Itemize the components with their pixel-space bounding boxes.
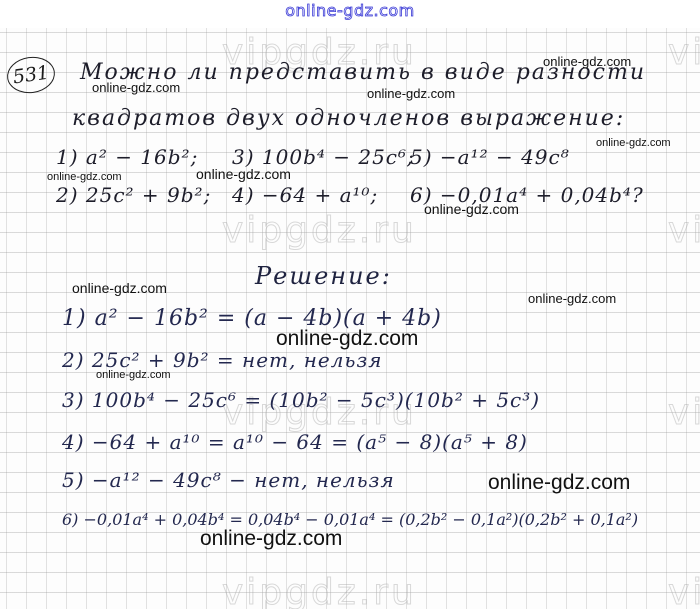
background-watermark: vipgdz.ru: [668, 392, 700, 433]
overlay-watermark: online-gdz.com: [528, 292, 616, 305]
question-line-2: квадратов двух одночленов выражение:: [72, 108, 625, 130]
background-watermark: vipgdz.ru: [668, 572, 700, 609]
overlay-watermark: online-gdz.com: [72, 281, 167, 295]
overlay-watermark: online-gdz.com: [92, 81, 180, 94]
background-watermark: vipgdz.ru: [222, 210, 417, 251]
background-watermark: vipgdz.ru: [668, 210, 700, 251]
overlay-watermark: online-gdz.com: [488, 472, 630, 493]
overlay-watermark: online-gdz.com: [367, 87, 455, 100]
overlay-watermark: online-gdz.com: [200, 528, 342, 549]
task-item-3: 3) 100b⁴ − 25c⁶;: [232, 147, 415, 167]
overlay-watermark: online-gdz.com: [47, 172, 122, 183]
task-item-2: 2) 25c² + 9b²;: [56, 185, 211, 205]
solution-line-2: 2) 25c² + 9b² = нет, нельзя: [62, 350, 383, 370]
solution-line-5: 5) −a¹² − 49c⁸ − нет, нельзя: [62, 470, 395, 490]
task-item-4: 4) −64 + a¹⁰;: [232, 185, 378, 205]
header-watermark: online-gdz.com: [0, 1, 700, 20]
overlay-watermark: online-gdz.com: [596, 138, 671, 149]
background-watermark: vipgdz.ru: [668, 32, 700, 73]
solution-line-3: 3) 100b⁴ − 25c⁶ = (10b² − 5c³)(10b² + 5c…: [62, 390, 540, 410]
background-watermark: vipgdz.ru: [222, 572, 417, 609]
overlay-watermark: online-gdz.com: [196, 167, 291, 181]
overlay-watermark: online-gdz.com: [543, 55, 631, 68]
solution-line-6: 6) −0,01a⁴ + 0,04b⁴ = 0,04b⁴ − 0,01a⁴ = …: [62, 512, 638, 528]
overlay-watermark: online-gdz.com: [276, 328, 418, 349]
solution-line-4: 4) −64 + a¹⁰ = a¹⁰ − 64 = (a⁵ − 8)(a⁵ + …: [62, 432, 528, 452]
overlay-watermark: online-gdz.com: [96, 370, 171, 381]
task-item-5: 5) −a¹² − 49c⁸: [410, 147, 570, 167]
task-item-1: 1) a² − 16b²;: [56, 147, 198, 167]
overlay-watermark: online-gdz.com: [424, 202, 519, 216]
solution-heading: Решение:: [255, 262, 392, 290]
